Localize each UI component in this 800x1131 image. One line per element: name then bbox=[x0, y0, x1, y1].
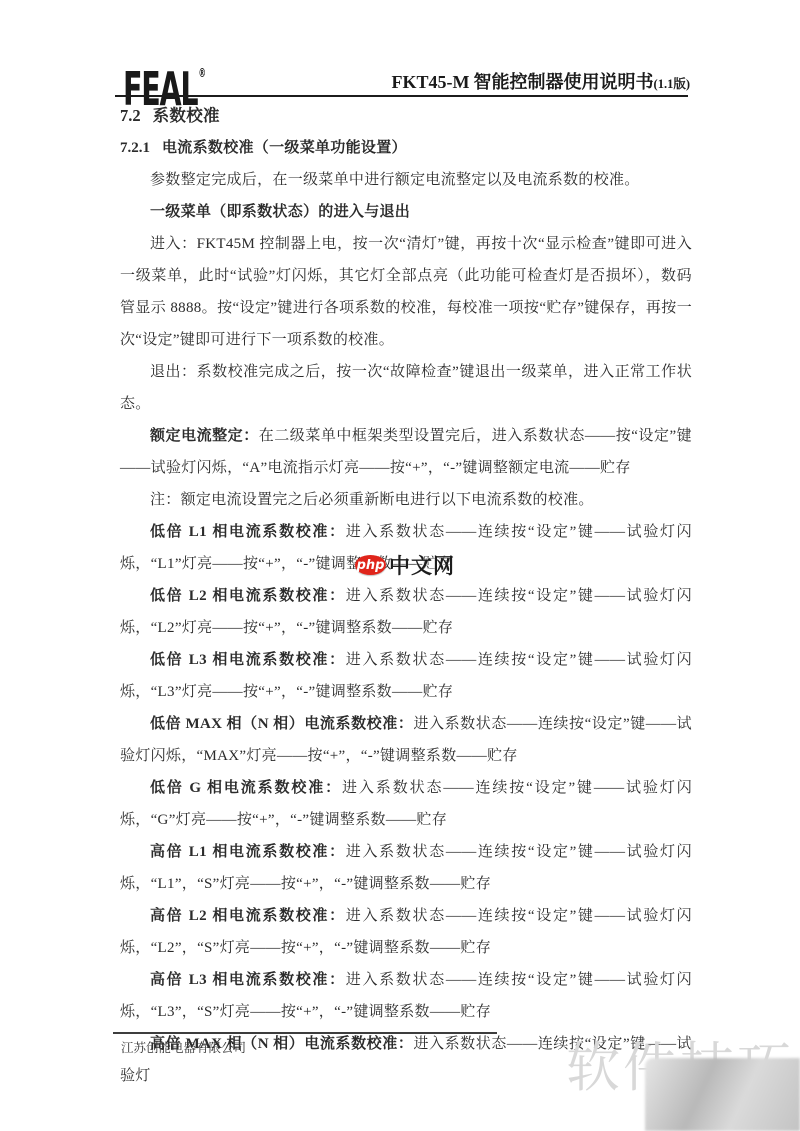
para-exit: 退出：系数校准完成之后，按一次“故障检查”键退出一级菜单，进入正常工作状态。 bbox=[120, 356, 692, 420]
document-title: FKT45-M智能控制器使用说明书(1.1版) bbox=[392, 68, 690, 94]
para-high-l3: 高倍 L3 相电流系数校准：进入系数状态——连续按“设定”键——试验灯闪烁，“L… bbox=[120, 964, 692, 1028]
para-menu-enter-exit-heading: 一级菜单（即系数状态）的进入与退出 bbox=[120, 196, 692, 228]
para-low-l2: 低倍 L2 相电流系数校准：进入系数状态——连续按“设定”键——试验灯闪烁，“L… bbox=[120, 580, 692, 644]
section-heading-7-2: 7.2系数校准 bbox=[120, 100, 692, 132]
model-number: FKT45-M bbox=[392, 72, 470, 92]
para-high-l2: 高倍 L2 相电流系数校准：进入系数状态——连续按“设定”键——试验灯闪烁，“L… bbox=[120, 900, 692, 964]
scan-artifact-box bbox=[645, 1058, 800, 1131]
manual-page: FEAL® FKT45-M智能控制器使用说明书(1.1版) 7.2系数校准 7.… bbox=[0, 0, 800, 1131]
para-low-l3: 低倍 L3 相电流系数校准：进入系数状态——连续按“设定”键——试验灯闪烁，“L… bbox=[120, 644, 692, 708]
php-logo-icon: php bbox=[355, 555, 386, 575]
registered-trademark-icon: ® bbox=[198, 66, 205, 80]
company-name: 江苏创能电器有限公司 bbox=[121, 1038, 246, 1056]
header-divider bbox=[115, 95, 688, 97]
para-intro: 参数整定完成后，在一级菜单中进行额定电流整定以及电流系数的校准。 bbox=[120, 164, 692, 196]
para-note: 注：额定电流设置完之后必须重新断电进行以下电流系数的校准。 bbox=[120, 484, 692, 516]
para-low-max: 低倍 MAX 相（N 相）电流系数校准：进入系数状态——连续按“设定”键——试验… bbox=[120, 708, 692, 772]
footer-divider bbox=[113, 1032, 497, 1034]
php-site-name: 中文网 bbox=[389, 550, 455, 580]
para-rated-current: 额定电流整定：在二级菜单中框架类型设置完后，进入系数状态——按“设定”键——试验… bbox=[120, 420, 692, 484]
manual-body: 7.2系数校准 7.2.1电流系数校准（一级菜单功能设置） 参数整定完成后，在一… bbox=[120, 100, 692, 1092]
para-low-g: 低倍 G 相电流系数校准：进入系数状态——连续按“设定”键——试验灯闪烁，“G”… bbox=[120, 772, 692, 836]
para-enter: 进入：FKT45M 控制器上电，按一次“清灯”键，再按十次“显示检查”键即可进入… bbox=[120, 228, 692, 356]
para-high-l1: 高倍 L1 相电流系数校准：进入系数状态——连续按“设定”键——试验灯闪烁，“L… bbox=[120, 836, 692, 900]
section-heading-7-2-1: 7.2.1电流系数校准（一级菜单功能设置） bbox=[120, 132, 692, 164]
title-text: 智能控制器使用说明书 bbox=[474, 72, 654, 92]
version-label: (1.1版) bbox=[654, 77, 690, 91]
php-cn-watermark: php 中文网 bbox=[355, 550, 455, 580]
